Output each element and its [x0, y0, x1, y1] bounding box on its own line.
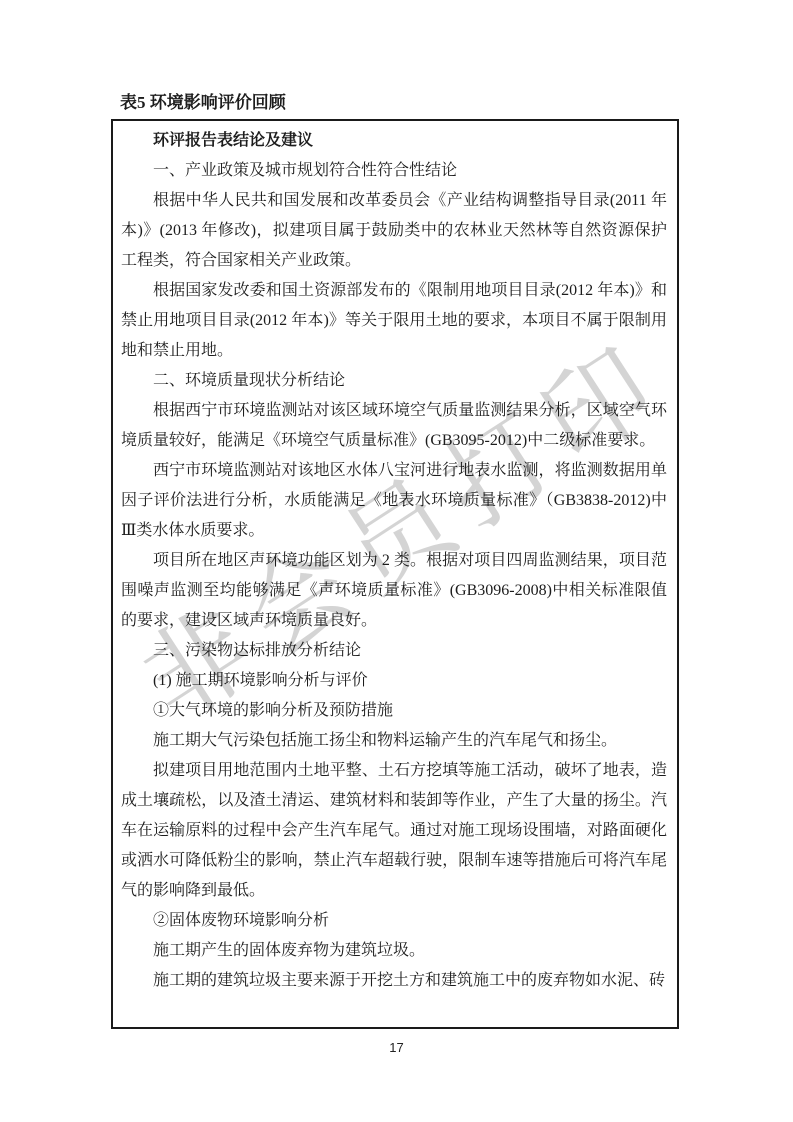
paragraph: 根据中华人民共和国发展和改革委员会《产业结构调整指导目录(2011 年本)》(2…	[121, 186, 667, 276]
page-number: 17	[0, 1040, 793, 1055]
content-table: 环评报告表结论及建议 一、产业政策及城市规划符合性符合性结论根据中华人民共和国发…	[111, 119, 679, 1029]
paragraph: 三、污染物达标排放分析结论	[121, 636, 667, 666]
paragraph: (1) 施工期环境影响分析与评价	[121, 666, 667, 696]
paragraph: 二、环境质量现状分析结论	[121, 366, 667, 396]
paragraph: 拟建项目用地范围内土地平整、土石方挖填等施工活动，破坏了地表，造成土壤疏松，以及…	[121, 756, 667, 906]
paragraph: 一、产业政策及城市规划符合性符合性结论	[121, 156, 667, 186]
paragraph: 施工期的建筑垃圾主要来源于开挖土方和建筑施工中的废弃物如水泥、砖	[121, 966, 667, 996]
paragraph: 项目所在地区声环境功能区划为 2 类。根据对项目四周监测结果，项目范围噪声监测至…	[121, 546, 667, 636]
document-title: 表5 环境影响评价回顾	[120, 88, 286, 113]
paragraph: 施工期产生的固体废弃物为建筑垃圾。	[121, 936, 667, 966]
paragraph: 根据国家发改委和国土资源部发布的《限制用地项目目录(2012 年本)》和禁止用地…	[121, 276, 667, 366]
paragraph: 施工期大气污染包括施工扬尘和物料运输产生的汽车尾气和扬尘。	[121, 726, 667, 756]
paragraph: ①大气环境的影响分析及预防措施	[121, 696, 667, 726]
table-header: 环评报告表结论及建议	[121, 126, 667, 156]
table-body: 一、产业政策及城市规划符合性符合性结论根据中华人民共和国发展和改革委员会《产业结…	[121, 156, 667, 996]
paragraph: 根据西宁市环境监测站对该区域环境空气质量监测结果分析，区域空气环境质量较好，能满…	[121, 396, 667, 456]
paragraph: ②固体废物环境影响分析	[121, 906, 667, 936]
paragraph: 西宁市环境监测站对该地区水体八宝河进行地表水监测，将监测数据用单因子评价法进行分…	[121, 456, 667, 546]
